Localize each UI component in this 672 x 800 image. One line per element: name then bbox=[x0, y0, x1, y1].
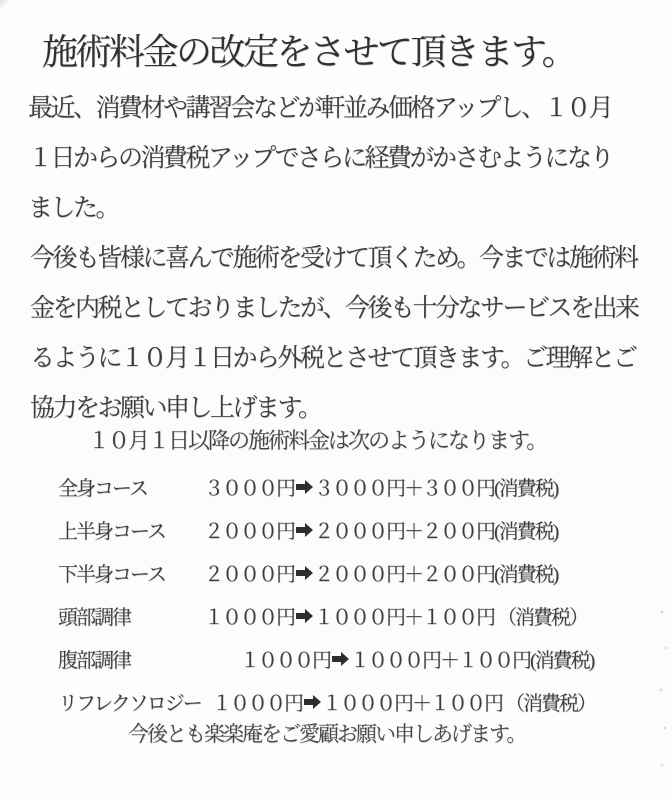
new-price: １０００円＋１００円 （消費税） bbox=[314, 601, 587, 630]
arrow-right-icon bbox=[295, 608, 313, 624]
arrow-right-icon bbox=[295, 479, 313, 495]
price-row-head: 頭部調律 １０００円 １０００円＋１００円 （消費税） bbox=[0, 591, 672, 634]
paragraph-line: １日からの消費税アップでさらに経費がかさむようになり bbox=[28, 134, 612, 184]
scan-corner-artifact bbox=[0, 0, 14, 14]
new-price: ２０００円＋２００円(消費税) bbox=[314, 515, 557, 544]
body-paragraph: 今後も皆様に喜んで施術を受けて頂くため。今までは施術料 金を内税としておりました… bbox=[30, 234, 638, 434]
intro-paragraph: 最近、消費材や講習会などが軒並み価格アップし、１０月 １日からの消費税アップでさ… bbox=[28, 84, 612, 234]
price-list-heading: １０月１日以降の施術料金は次のようになります。 bbox=[88, 424, 546, 455]
price-change: ２０００円 ２０００円＋２００円(消費税) bbox=[204, 558, 557, 587]
price-change: ２０００円 ２０００円＋２００円(消費税) bbox=[204, 515, 557, 544]
arrow-right-icon bbox=[295, 565, 313, 581]
arrow-right-icon bbox=[303, 694, 321, 710]
paragraph-line: ました。 bbox=[28, 184, 612, 234]
paragraph-line: 金を内税としておりましたが、今後も十分なサービスを出来 bbox=[30, 284, 638, 334]
old-price: ３０００円 bbox=[204, 472, 294, 501]
course-name: 腹部調律 bbox=[58, 644, 130, 673]
old-price: ２０００円 bbox=[204, 515, 294, 544]
new-price: ３０００円＋３００円(消費税) bbox=[314, 472, 557, 501]
document-title: 施術料金の改定をさせて頂きます。 bbox=[42, 24, 575, 75]
old-price: １０００円 bbox=[240, 644, 330, 673]
new-price: ２０００円＋２００円(消費税) bbox=[314, 558, 557, 587]
paragraph-line: 今後も皆様に喜んで施術を受けて頂くため。今までは施術料 bbox=[30, 234, 638, 284]
course-name: 全身コース bbox=[58, 472, 147, 501]
price-row-reflexology: リフレクソロジー １０００円 １０００円＋１００円 （消費税） bbox=[0, 677, 672, 720]
paragraph-line: 最近、消費材や講習会などが軒並み価格アップし、１０月 bbox=[28, 84, 612, 134]
price-change: １０００円 １０００円＋１００円(消費税) bbox=[240, 644, 593, 673]
new-price: １０００円＋１００円(消費税) bbox=[350, 644, 593, 673]
arrow-right-icon bbox=[295, 522, 313, 538]
old-price: ２０００円 bbox=[204, 558, 294, 587]
price-change: ３０００円 ３０００円＋３００円(消費税) bbox=[204, 472, 557, 501]
price-row-upper-body: 上半身コース ２０００円 ２０００円＋２００円(消費税) bbox=[0, 505, 672, 548]
paragraph-line: るように１０月１日から外税とさせて頂きます。ご理解とご bbox=[30, 334, 638, 384]
course-name: 上半身コース bbox=[58, 515, 165, 544]
old-price: １０００円 bbox=[204, 601, 294, 630]
closing-message: 今後とも楽楽庵をご愛顧お願い申しあげます。 bbox=[128, 718, 525, 748]
price-row-lower-body: 下半身コース ２０００円 ２０００円＋２００円(消費税) bbox=[0, 548, 672, 591]
price-table: 全身コース ３０００円 ３０００円＋３００円(消費税) 上半身コース ２０００円… bbox=[0, 462, 672, 720]
arrow-right-icon bbox=[331, 651, 349, 667]
price-change: １０００円 １０００円＋１００円 （消費税） bbox=[204, 601, 587, 630]
course-name: リフレクソロジー bbox=[58, 687, 201, 716]
new-price: １０００円＋１００円 （消費税） bbox=[322, 687, 595, 716]
old-price: １０００円 bbox=[212, 687, 302, 716]
price-row-full-body: 全身コース ３０００円 ３０００円＋３００円(消費税) bbox=[0, 462, 672, 505]
course-name: 下半身コース bbox=[58, 558, 165, 587]
price-row-abdomen: 腹部調律 １０００円 １０００円＋１００円(消費税) bbox=[0, 634, 672, 677]
price-change: １０００円 １０００円＋１００円 （消費税） bbox=[212, 687, 595, 716]
scanned-notice-page: 施術料金の改定をさせて頂きます。 最近、消費材や講習会などが軒並み価格アップし、… bbox=[0, 0, 672, 800]
course-name: 頭部調律 bbox=[58, 601, 130, 630]
